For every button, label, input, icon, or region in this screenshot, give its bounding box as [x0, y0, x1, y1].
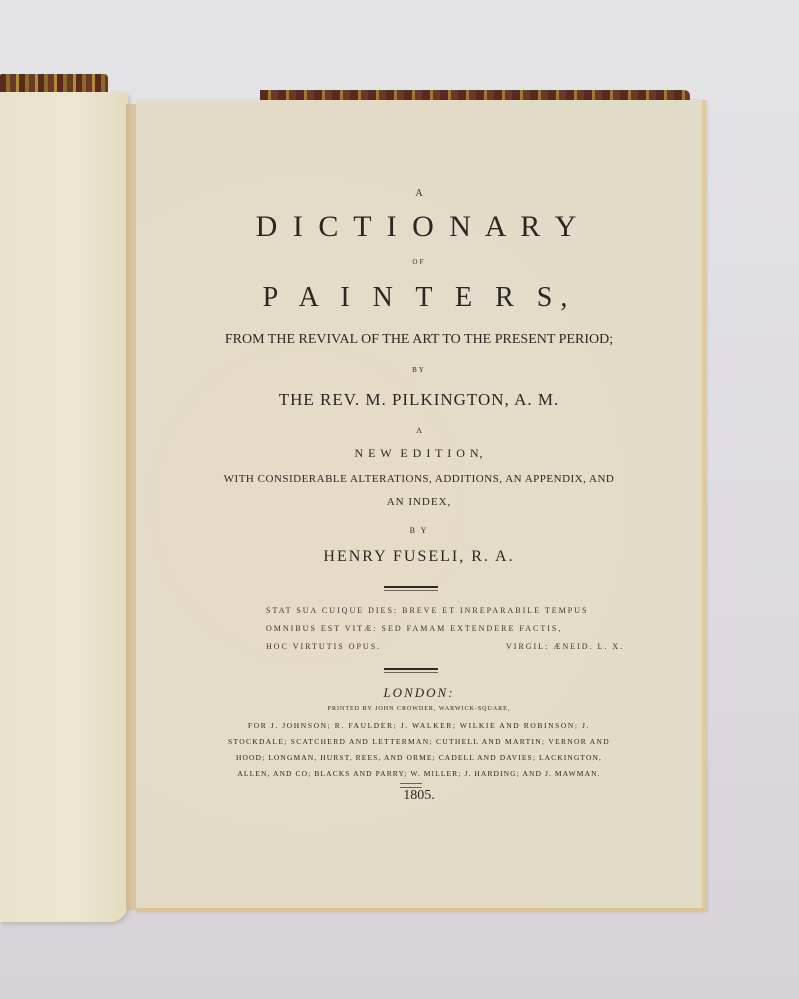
publishers-1: FOR J. JOHNSON; R. FAULDER; J. WALKER; W… — [136, 721, 702, 730]
book-board-left — [0, 74, 108, 94]
rule-1 — [384, 586, 438, 588]
year: 1805. — [136, 788, 702, 804]
publishers-2: STOCKDALE; SCATCHERD AND LETTERMAN; CUTH… — [136, 737, 702, 746]
edition-detail-2: AN INDEX, — [136, 496, 702, 508]
of-word: OF — [136, 258, 702, 266]
rule-3 — [400, 783, 422, 784]
epigraph-line-3: HOC VIRTUTIS OPUS. — [266, 642, 381, 651]
title-painters: P A I N T E R S, — [136, 282, 702, 314]
edition-detail-1: WITH CONSIDERABLE ALTERATIONS, ADDITIONS… — [136, 473, 702, 485]
author: THE REV. M. PILKINGTON, A. M. — [136, 390, 702, 410]
title-page: A D I C T I O N A R Y OF P A I N T E R S… — [136, 100, 706, 911]
title-dictionary: D I C T I O N A R Y — [136, 210, 702, 244]
epigraph-source: VIRGIL: ÆNEID. L. X. — [506, 642, 624, 651]
epigraph-line-1: STAT SUA CUIQUE DIES: BREVE ET INREPARAB… — [266, 606, 588, 615]
by-2: B Y — [136, 526, 702, 535]
printer: PRINTED BY JOHN CROWDER, WARWICK-SQUARE, — [136, 706, 702, 712]
edition: N E W E D I T I O N, — [136, 446, 702, 461]
by-1: BY — [136, 366, 702, 374]
publishers-4: ALLEN, AND CO; BLACKS AND PARRY; W. MILL… — [136, 769, 702, 778]
subtitle: FROM THE REVIVAL OF THE ART TO THE PRESE… — [136, 332, 702, 348]
a-2: A — [136, 426, 702, 435]
rule-2 — [384, 668, 438, 670]
place: LONDON: — [136, 685, 702, 701]
left-page — [0, 92, 128, 922]
publishers-3: HOOD; LONGMAN, HURST, REES, AND ORME; CA… — [136, 753, 702, 762]
epigraph-line-2: OMNIBUS EST VITÆ: SED FAMAM EXTENDERE FA… — [266, 624, 562, 633]
editor: HENRY FUSELI, R. A. — [136, 548, 702, 566]
article: A — [136, 188, 702, 199]
